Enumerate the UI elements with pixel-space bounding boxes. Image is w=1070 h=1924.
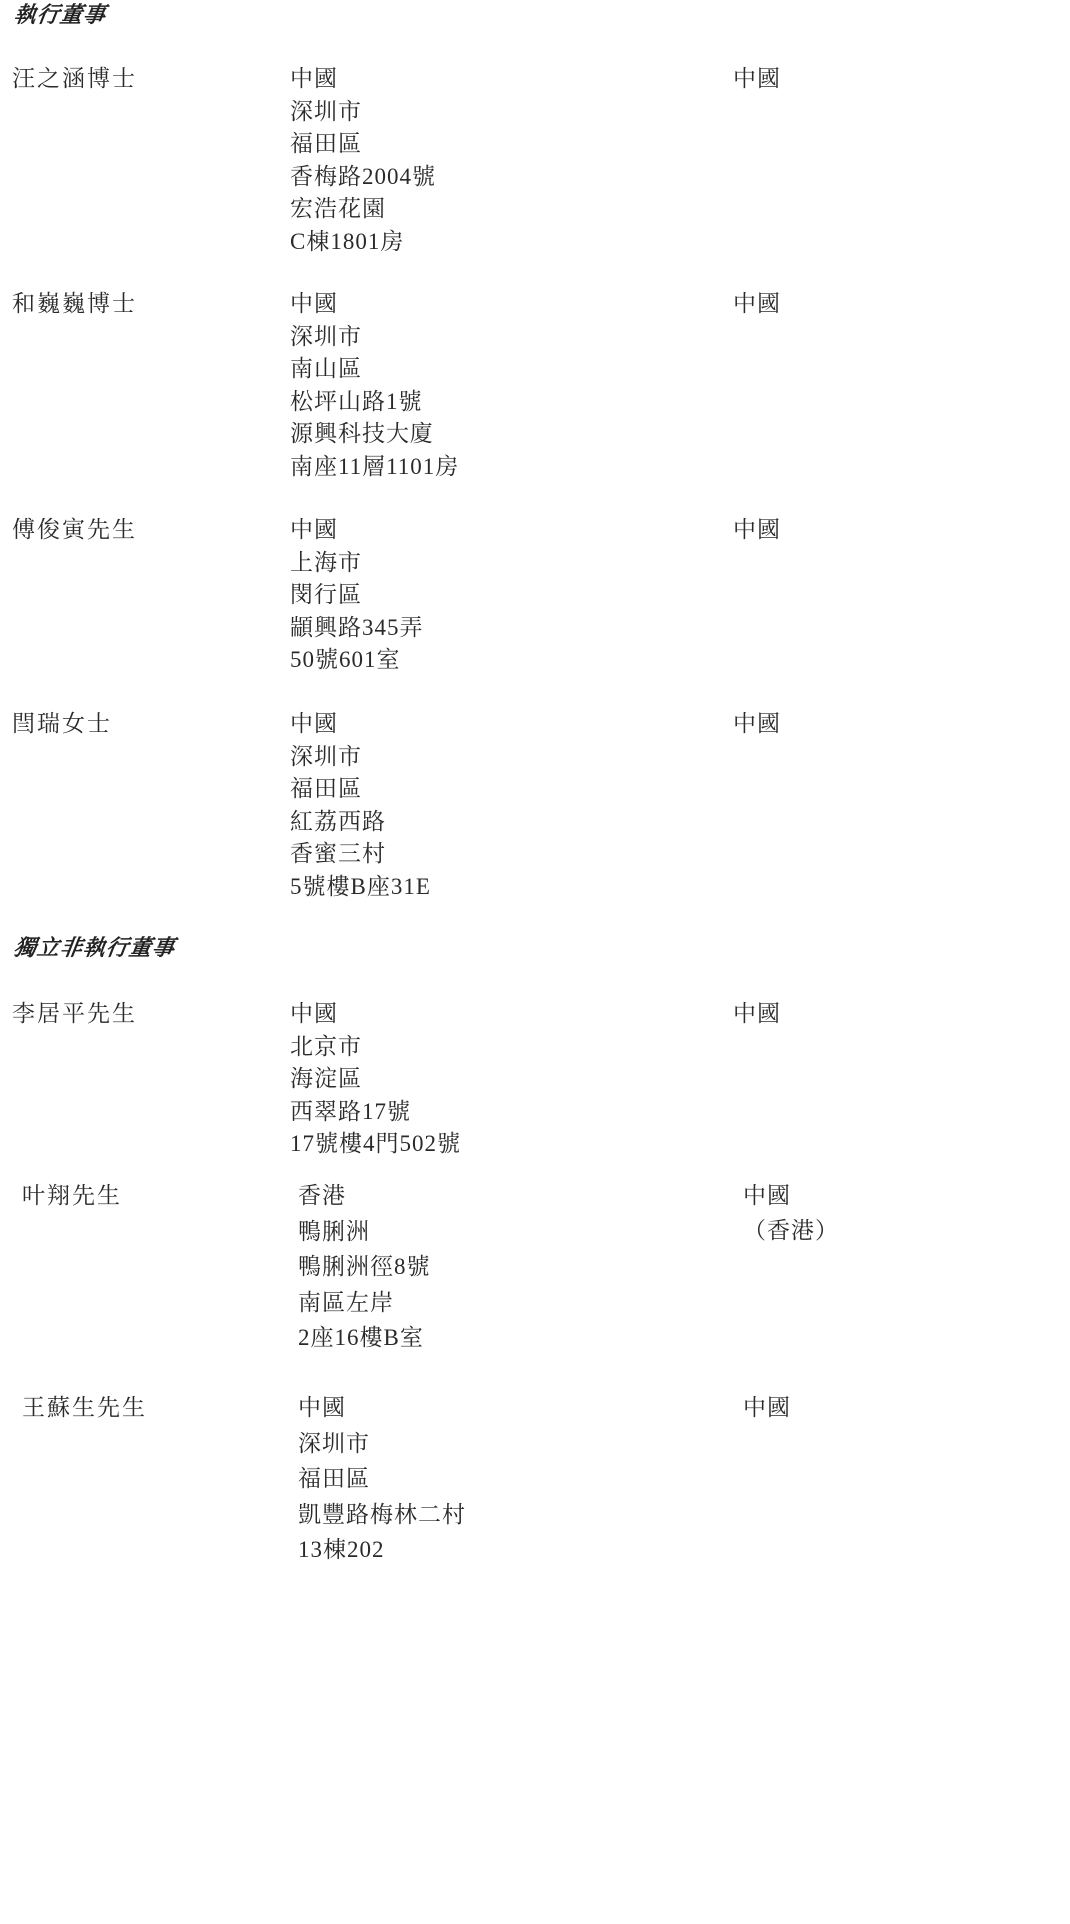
address-line: 福田區	[290, 128, 436, 161]
director-name: 閆瑞女士	[12, 708, 112, 740]
nationality-line: 中國	[733, 288, 781, 323]
director-nationality: 中國	[733, 63, 781, 98]
nationality-line: 中國	[733, 708, 781, 743]
nationality-line: 中國	[733, 514, 781, 549]
director-name: 李居平先生	[12, 998, 137, 1030]
address-line: 深圳市	[298, 1428, 466, 1464]
address-line: 海淀區	[290, 1063, 461, 1096]
address-line: 香港	[298, 1180, 431, 1216]
address-line: 松坪山路1號	[290, 386, 459, 419]
director-nationality: 中國	[733, 288, 781, 323]
address-line: 紅荔西路	[290, 806, 431, 839]
address-line: 中國	[290, 514, 424, 547]
director-name: 和巍巍博士	[12, 288, 137, 320]
director-nationality: 中國	[733, 998, 781, 1033]
address-line: 中國	[290, 708, 431, 741]
address-line: 深圳市	[290, 321, 459, 354]
director-address: 中國 深圳市 福田區 凱豐路梅林二村 13棟202	[298, 1392, 466, 1570]
address-line: 深圳市	[290, 96, 436, 129]
nationality-line: （香港）	[743, 1215, 839, 1250]
address-line: 顓興路345弄	[290, 612, 424, 645]
nationality-line: 中國	[733, 998, 781, 1033]
address-line: 南區左岸	[298, 1287, 431, 1323]
director-name: 傅俊寅先生	[12, 514, 137, 546]
address-line: 2座16樓B室	[298, 1322, 431, 1358]
address-line: 中國	[290, 63, 436, 96]
director-nationality: 中國	[733, 514, 781, 549]
address-line: 西翠路17號	[290, 1096, 461, 1129]
address-line: 凱豐路梅林二村	[298, 1499, 466, 1535]
address-line: 50號601室	[290, 644, 424, 677]
address-line: 南座11層1101房	[290, 451, 459, 484]
nationality-line: 中國	[743, 1392, 791, 1427]
address-line: 13棟202	[298, 1534, 466, 1570]
director-address: 中國 上海市 閔行區 顓興路345弄 50號601室	[290, 514, 424, 677]
address-line: 5號樓B座31E	[290, 871, 431, 904]
director-address: 中國 深圳市 福田區 香梅路2004號 宏浩花園 C棟1801房	[290, 63, 436, 258]
nationality-line: 中國	[733, 63, 781, 98]
director-nationality: 中國	[743, 1392, 791, 1427]
address-line: 鴨脷洲徑8號	[298, 1251, 431, 1287]
director-name: 王蘇生先生	[22, 1392, 147, 1424]
director-address: 中國 深圳市 南山區 松坪山路1號 源興科技大廈 南座11層1101房	[290, 288, 459, 483]
address-line: 香蜜三村	[290, 838, 431, 871]
address-line: 北京市	[290, 1031, 461, 1064]
address-line: 南山區	[290, 353, 459, 386]
address-line: 香梅路2004號	[290, 161, 436, 194]
address-line: 上海市	[290, 547, 424, 580]
director-name: 叶翔先生	[22, 1180, 122, 1212]
address-line: 鴨脷洲	[298, 1216, 431, 1252]
address-line: 閔行區	[290, 579, 424, 612]
nationality-line: 中國	[743, 1180, 839, 1215]
director-nationality: 中國	[733, 708, 781, 743]
address-line: C棟1801房	[290, 226, 436, 259]
address-line: 17號樓4門502號	[290, 1128, 461, 1161]
address-line: 源興科技大廈	[290, 418, 459, 451]
section-heading-executive-directors: 執行董事	[12, 2, 108, 30]
director-name: 汪之涵博士	[12, 63, 137, 95]
director-address: 香港 鴨脷洲 鴨脷洲徑8號 南區左岸 2座16樓B室	[298, 1180, 431, 1358]
address-line: 深圳市	[290, 741, 431, 774]
director-nationality: 中國 （香港）	[743, 1180, 839, 1250]
address-line: 福田區	[290, 773, 431, 806]
director-address: 中國 深圳市 福田區 紅荔西路 香蜜三村 5號樓B座31E	[290, 708, 431, 903]
address-line: 中國	[290, 998, 461, 1031]
director-address: 中國 北京市 海淀區 西翠路17號 17號樓4門502號	[290, 998, 461, 1161]
section-heading-independent-non-executive-directors: 獨立非執行董事	[12, 935, 177, 963]
address-line: 宏浩花園	[290, 193, 436, 226]
address-line: 中國	[290, 288, 459, 321]
address-line: 中國	[298, 1392, 466, 1428]
address-line: 福田區	[298, 1463, 466, 1499]
